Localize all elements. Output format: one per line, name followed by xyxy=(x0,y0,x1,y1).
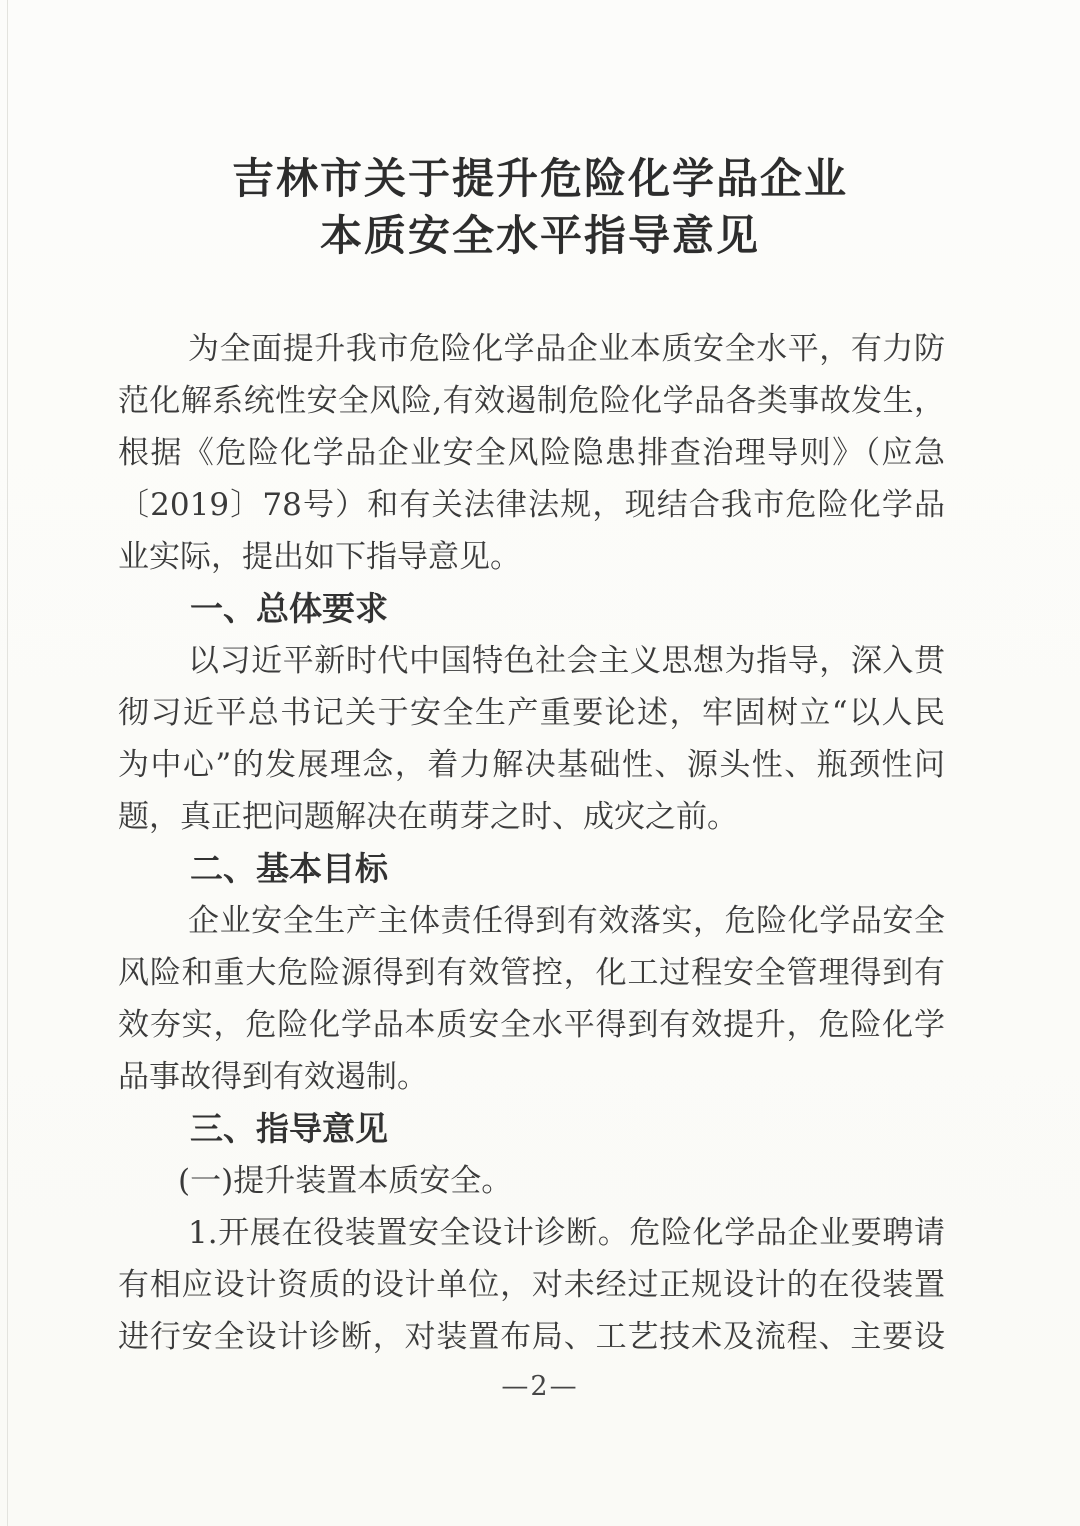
paragraph-4-line-3: 进行安全设计诊断，对装置布局、工艺技术及流程、主要设 xyxy=(118,1311,945,1363)
subsection-heading-1: (一)提升装置本质安全。 xyxy=(118,1155,945,1207)
section-heading-1: 一、总体要求 xyxy=(118,583,945,635)
paragraph-1-line-3: 根据《危险化学品企业安全风险隐患排查治理导则》（应急 xyxy=(118,427,945,479)
paragraph-1-line-1: 为全面提升我市危险化学品企业本质安全水平，有力防 xyxy=(118,323,945,375)
paragraph-4-line-2: 有相应设计资质的设计单位，对未经过正规设计的在役装置 xyxy=(118,1259,945,1311)
paragraph-2-line-3: 为中心”的发展理念，着力解决基础性、源头性、瓶颈性问 xyxy=(118,739,945,791)
paragraph-3-line-1: 企业安全生产主体责任得到有效落实，危险化学品安全 xyxy=(118,895,945,947)
scan-edge-line xyxy=(7,0,8,1526)
paragraph-2-line-4: 题，真正把问题解决在萌芽之时、成灾之前。 xyxy=(118,791,945,843)
scanned-page: 吉林市关于提升危险化学品企业 本质安全水平指导意见 为全面提升我市危险化学品企业… xyxy=(0,0,1080,1526)
document-body: 为全面提升我市危险化学品企业本质安全水平，有力防 范化解系统性安全风险,有效遏制… xyxy=(118,323,945,1363)
paragraph-2-line-2: 彻习近平总书记关于安全生产重要论述，牢固树立“以人民 xyxy=(118,687,945,739)
paragraph-3-line-3: 效夯实，危险化学品本质安全水平得到有效提升，危险化学 xyxy=(118,999,945,1051)
paragraph-3-line-4: 品事故得到有效遏制。 xyxy=(118,1051,945,1103)
paragraph-2-line-1: 以习近平新时代中国特色社会主义思想为指导，深入贯 xyxy=(118,635,945,687)
title-line-1: 吉林市关于提升危险化学品企业 xyxy=(0,150,1080,207)
paragraph-1-line-4: 〔2019〕78号）和有关法律法规，现结合我市危险化学品企 xyxy=(118,479,945,531)
title-line-2: 本质安全水平指导意见 xyxy=(0,207,1080,264)
paragraph-4-line-1: 1.开展在役装置安全设计诊断。危险化学品企业要聘请 xyxy=(118,1207,945,1259)
page-number: —2— xyxy=(0,1371,1080,1402)
paragraph-3-line-2: 风险和重大危险源得到有效管控，化工过程安全管理得到有 xyxy=(118,947,945,999)
document-title: 吉林市关于提升危险化学品企业 本质安全水平指导意见 xyxy=(0,150,1080,264)
section-heading-3: 三、指导意见 xyxy=(118,1103,945,1155)
section-heading-2: 二、基本目标 xyxy=(118,843,945,895)
paragraph-1-line-2: 范化解系统性安全风险,有效遏制危险化学品各类事故发生， xyxy=(118,375,945,427)
paragraph-1-line-5: 业实际，提出如下指导意见。 xyxy=(118,531,945,583)
